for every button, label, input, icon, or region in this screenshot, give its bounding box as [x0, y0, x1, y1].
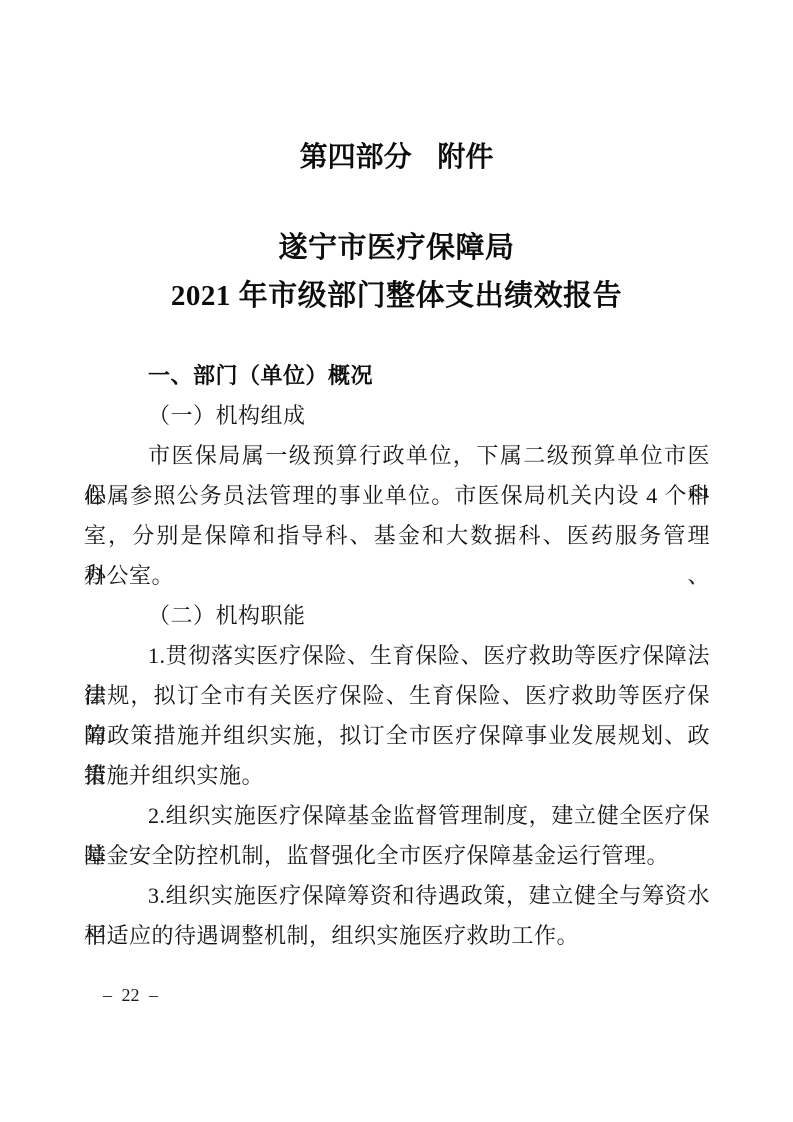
report-title-line1: 遂宁市医疗保障局	[0, 224, 793, 272]
section-heading: 第四部分 附件	[0, 140, 793, 174]
body-line: 措施并组织实施。	[84, 756, 710, 796]
body-line: 基金安全防控机制，监督强化全市医疗保障基金运行管理。	[84, 836, 710, 876]
body-line: 相适应的待遇调整机制，组织实施医疗救助工作。	[84, 916, 710, 956]
document-page: 第四部分 附件 遂宁市医疗保障局 2021 年市级部门整体支出绩效报告 一、部门…	[0, 0, 793, 1122]
report-title-line2: 2021 年市级部门整体支出绩效报告	[0, 272, 793, 320]
document-body: 一、部门（单位）概况 （一）机构组成 市医保局属一级预算行政单位，下属二级预算单…	[84, 356, 710, 956]
subheading-org-composition: （一）机构组成	[84, 396, 710, 436]
body-line: 3.组织实施医疗保障筹资和待遇政策，建立健全与筹资水平	[84, 876, 710, 916]
body-line: 室，分别是保障和指导科、基金和大数据科、医药服务管理科、	[84, 516, 710, 556]
heading-department-overview: 一、部门（单位）概况	[84, 356, 710, 396]
body-line: 市医保局属一级预算行政单位，下属二级预算单位市医保中	[84, 436, 710, 476]
subheading-org-functions: （二）机构职能	[84, 596, 710, 636]
body-line: 的政策措施并组织实施，拟订全市医疗保障事业发展规划、政策	[84, 716, 710, 756]
body-line: 法规，拟订全市有关医疗保险、生育保险、医疗救助等医疗保障	[84, 676, 710, 716]
body-line: 心属参照公务员法管理的事业单位。市医保局机关内设 4 个科	[84, 476, 710, 516]
page-number: – 22 –	[103, 984, 158, 1006]
body-line: 2.组织实施医疗保障基金监督管理制度，建立健全医疗保障	[84, 796, 710, 836]
body-line: 1.贯彻落实医疗保险、生育保险、医疗救助等医疗保障法律	[84, 636, 710, 676]
report-title: 遂宁市医疗保障局 2021 年市级部门整体支出绩效报告	[0, 224, 793, 320]
